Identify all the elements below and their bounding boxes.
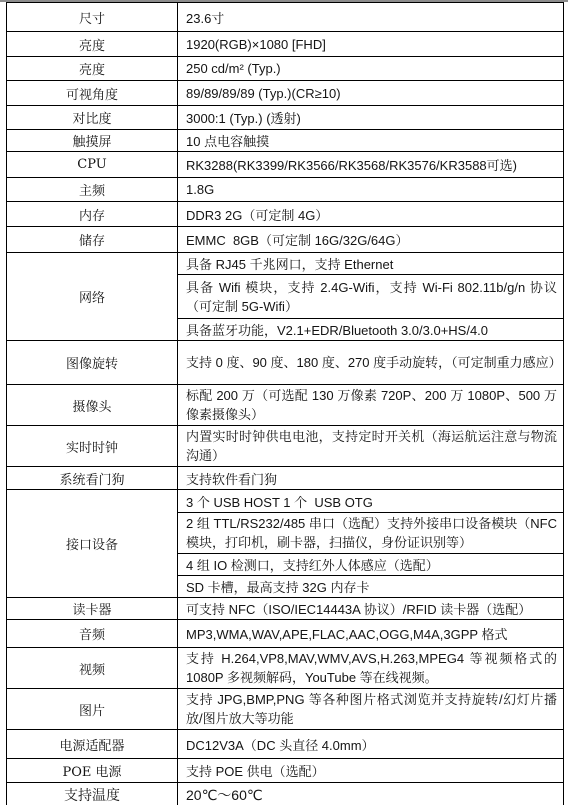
spec-label: 接口设备 — [7, 490, 178, 598]
spec-value: 支持 0 度、90 度、180 度、270 度手动旋转，（可定制重力感应） — [178, 341, 564, 385]
spec-label: 读卡器 — [7, 598, 178, 620]
row-rotation: 图像旋转 支持 0 度、90 度、180 度、270 度手动旋转，（可定制重力感… — [7, 341, 564, 385]
spec-value: 1920(RGB)×1080 [FHD] — [178, 32, 564, 57]
spec-value: 4 组 IO 检测口，支持红外人体感应（选配） — [178, 554, 564, 576]
spec-label: 图片 — [7, 689, 178, 730]
row-watchdog: 系统看门狗 支持软件看门狗 — [7, 467, 564, 490]
spec-value: 可支持 NFC（ISO/IEC14443A 协议）/RFID 读卡器（选配） — [178, 598, 564, 620]
row-brightness: 亮度 250 cd/m² (Typ.) — [7, 57, 564, 81]
spec-label: 支持温度 — [7, 783, 178, 805]
row-storage: 储存 EMMC 8GB（可定制 16G/32G/64G） — [7, 227, 564, 253]
spec-label: 摄像头 — [7, 385, 178, 426]
spec-value: DC12V3A（DC 头直径 4.0mm） — [178, 730, 564, 759]
spec-value: 23.6寸 — [178, 3, 564, 32]
spec-value: 具备 RJ45 千兆网口，支持 Ethernet — [178, 253, 564, 275]
spec-value: 3 个 USB HOST 1 个 USB OTG — [178, 490, 564, 513]
spec-value: 标配 200 万（可选配 130 万像素 720P、200 万 1080P、50… — [178, 385, 564, 426]
spec-value: 支持 POE 供电（选配） — [178, 759, 564, 783]
spec-value: 250 cd/m² (Typ.) — [178, 57, 564, 81]
spec-table: 尺寸 23.6寸 亮度 1920(RGB)×1080 [FHD] 亮度 250 … — [6, 2, 564, 805]
row-rtc: 实时时钟 内置实时时钟供电电池，支持定时开关机（海运航运注意与物流沟通） — [7, 426, 564, 467]
row-ram: 内存 DDR3 2G（可定制 4G） — [7, 202, 564, 227]
row-frequency: 主频 1.8G — [7, 178, 564, 202]
spec-label: 主频 — [7, 178, 178, 202]
spec-value: 10 点电容触摸 — [178, 130, 564, 152]
spec-value: MP3,WMA,WAV,APE,FLAC,AAC,OGG,M4A,3GPP 格式 — [178, 620, 564, 648]
spec-label: POE 电源 — [7, 759, 178, 783]
spec-value: 具备蓝牙功能，V2.1+EDR/Bluetooth 3.0/3.0+HS/4.0 — [178, 319, 564, 341]
spec-value: RK3288(RK3399/RK3566/RK3568/RK3576/KR358… — [178, 152, 564, 178]
row-touchscreen: 触摸屏 10 点电容触摸 — [7, 130, 564, 152]
spec-value: 内置实时时钟供电电池，支持定时开关机（海运航运注意与物流沟通） — [178, 426, 564, 467]
spec-label: CPU — [7, 152, 178, 178]
spec-value: 2 组 TTL/RS232/485 串口（选配）支持外接串口设备模块（NFC 模… — [178, 513, 564, 554]
spec-value: 支持 JPG,BMP,PNG 等各种图片格式浏览并支持旋转/幻灯片播放/图片放大… — [178, 689, 564, 730]
spec-value: SD 卡槽，最高支持 32G 内存卡 — [178, 576, 564, 598]
spec-label: 电源适配器 — [7, 730, 178, 759]
spec-label: 音频 — [7, 620, 178, 648]
row-network: 网络 具备 RJ45 千兆网口，支持 Ethernet — [7, 253, 564, 275]
spec-value: 89/89/89/89 (Typ.)(CR≥10) — [178, 81, 564, 106]
row-camera: 摄像头 标配 200 万（可选配 130 万像素 720P、200 万 1080… — [7, 385, 564, 426]
row-video: 视频 支持 H.264,VP8,MAV,WMV,AVS,H.263,MPEG4 … — [7, 648, 564, 689]
row-contrast: 对比度 3000:1 (Typ.) (透射) — [7, 106, 564, 130]
row-power-adapter: 电源适配器 DC12V3A（DC 头直径 4.0mm） — [7, 730, 564, 759]
spec-value: 支持 H.264,VP8,MAV,WMV,AVS,H.263,MPEG4 等视频… — [178, 648, 564, 689]
spec-label: 亮度 — [7, 32, 178, 57]
row-card-reader: 读卡器 可支持 NFC（ISO/IEC14443A 协议）/RFID 读卡器（选… — [7, 598, 564, 620]
spec-value: DDR3 2G（可定制 4G） — [178, 202, 564, 227]
row-interfaces: 接口设备 3 个 USB HOST 1 个 USB OTG — [7, 490, 564, 513]
row-size: 尺寸 23.6寸 — [7, 3, 564, 32]
spec-label: 触摸屏 — [7, 130, 178, 152]
row-viewing-angle: 可视角度 89/89/89/89 (Typ.)(CR≥10) — [7, 81, 564, 106]
spec-label: 视频 — [7, 648, 178, 689]
spec-label: 亮度 — [7, 57, 178, 81]
spec-label: 实时时钟 — [7, 426, 178, 467]
spec-value: 20℃～60℃ — [178, 783, 564, 805]
row-resolution: 亮度 1920(RGB)×1080 [FHD] — [7, 32, 564, 57]
spec-label: 储存 — [7, 227, 178, 253]
row-image: 图片 支持 JPG,BMP,PNG 等各种图片格式浏览并支持旋转/幻灯片播放/图… — [7, 689, 564, 730]
spec-label: 可视角度 — [7, 81, 178, 106]
spec-value: 具备 Wifi 模块，支持 2.4G-Wifi，支持 Wi-Fi 802.11b… — [178, 275, 564, 319]
spec-label: 尺寸 — [7, 3, 178, 32]
spec-label: 内存 — [7, 202, 178, 227]
spec-label: 对比度 — [7, 106, 178, 130]
spec-value: EMMC 8GB（可定制 16G/32G/64G） — [178, 227, 564, 253]
spec-label: 系统看门狗 — [7, 467, 178, 490]
row-audio: 音频 MP3,WMA,WAV,APE,FLAC,AAC,OGG,M4A,3GPP… — [7, 620, 564, 648]
spec-label: 图像旋转 — [7, 341, 178, 385]
spec-value: 支持软件看门狗 — [178, 467, 564, 490]
row-cpu: CPU RK3288(RK3399/RK3566/RK3568/RK3576/K… — [7, 152, 564, 178]
spec-label: 网络 — [7, 253, 178, 341]
row-poe: POE 电源 支持 POE 供电（选配） — [7, 759, 564, 783]
row-temperature: 支持温度 20℃～60℃ — [7, 783, 564, 805]
spec-value: 1.8G — [178, 178, 564, 202]
spec-value: 3000:1 (Typ.) (透射) — [178, 106, 564, 130]
